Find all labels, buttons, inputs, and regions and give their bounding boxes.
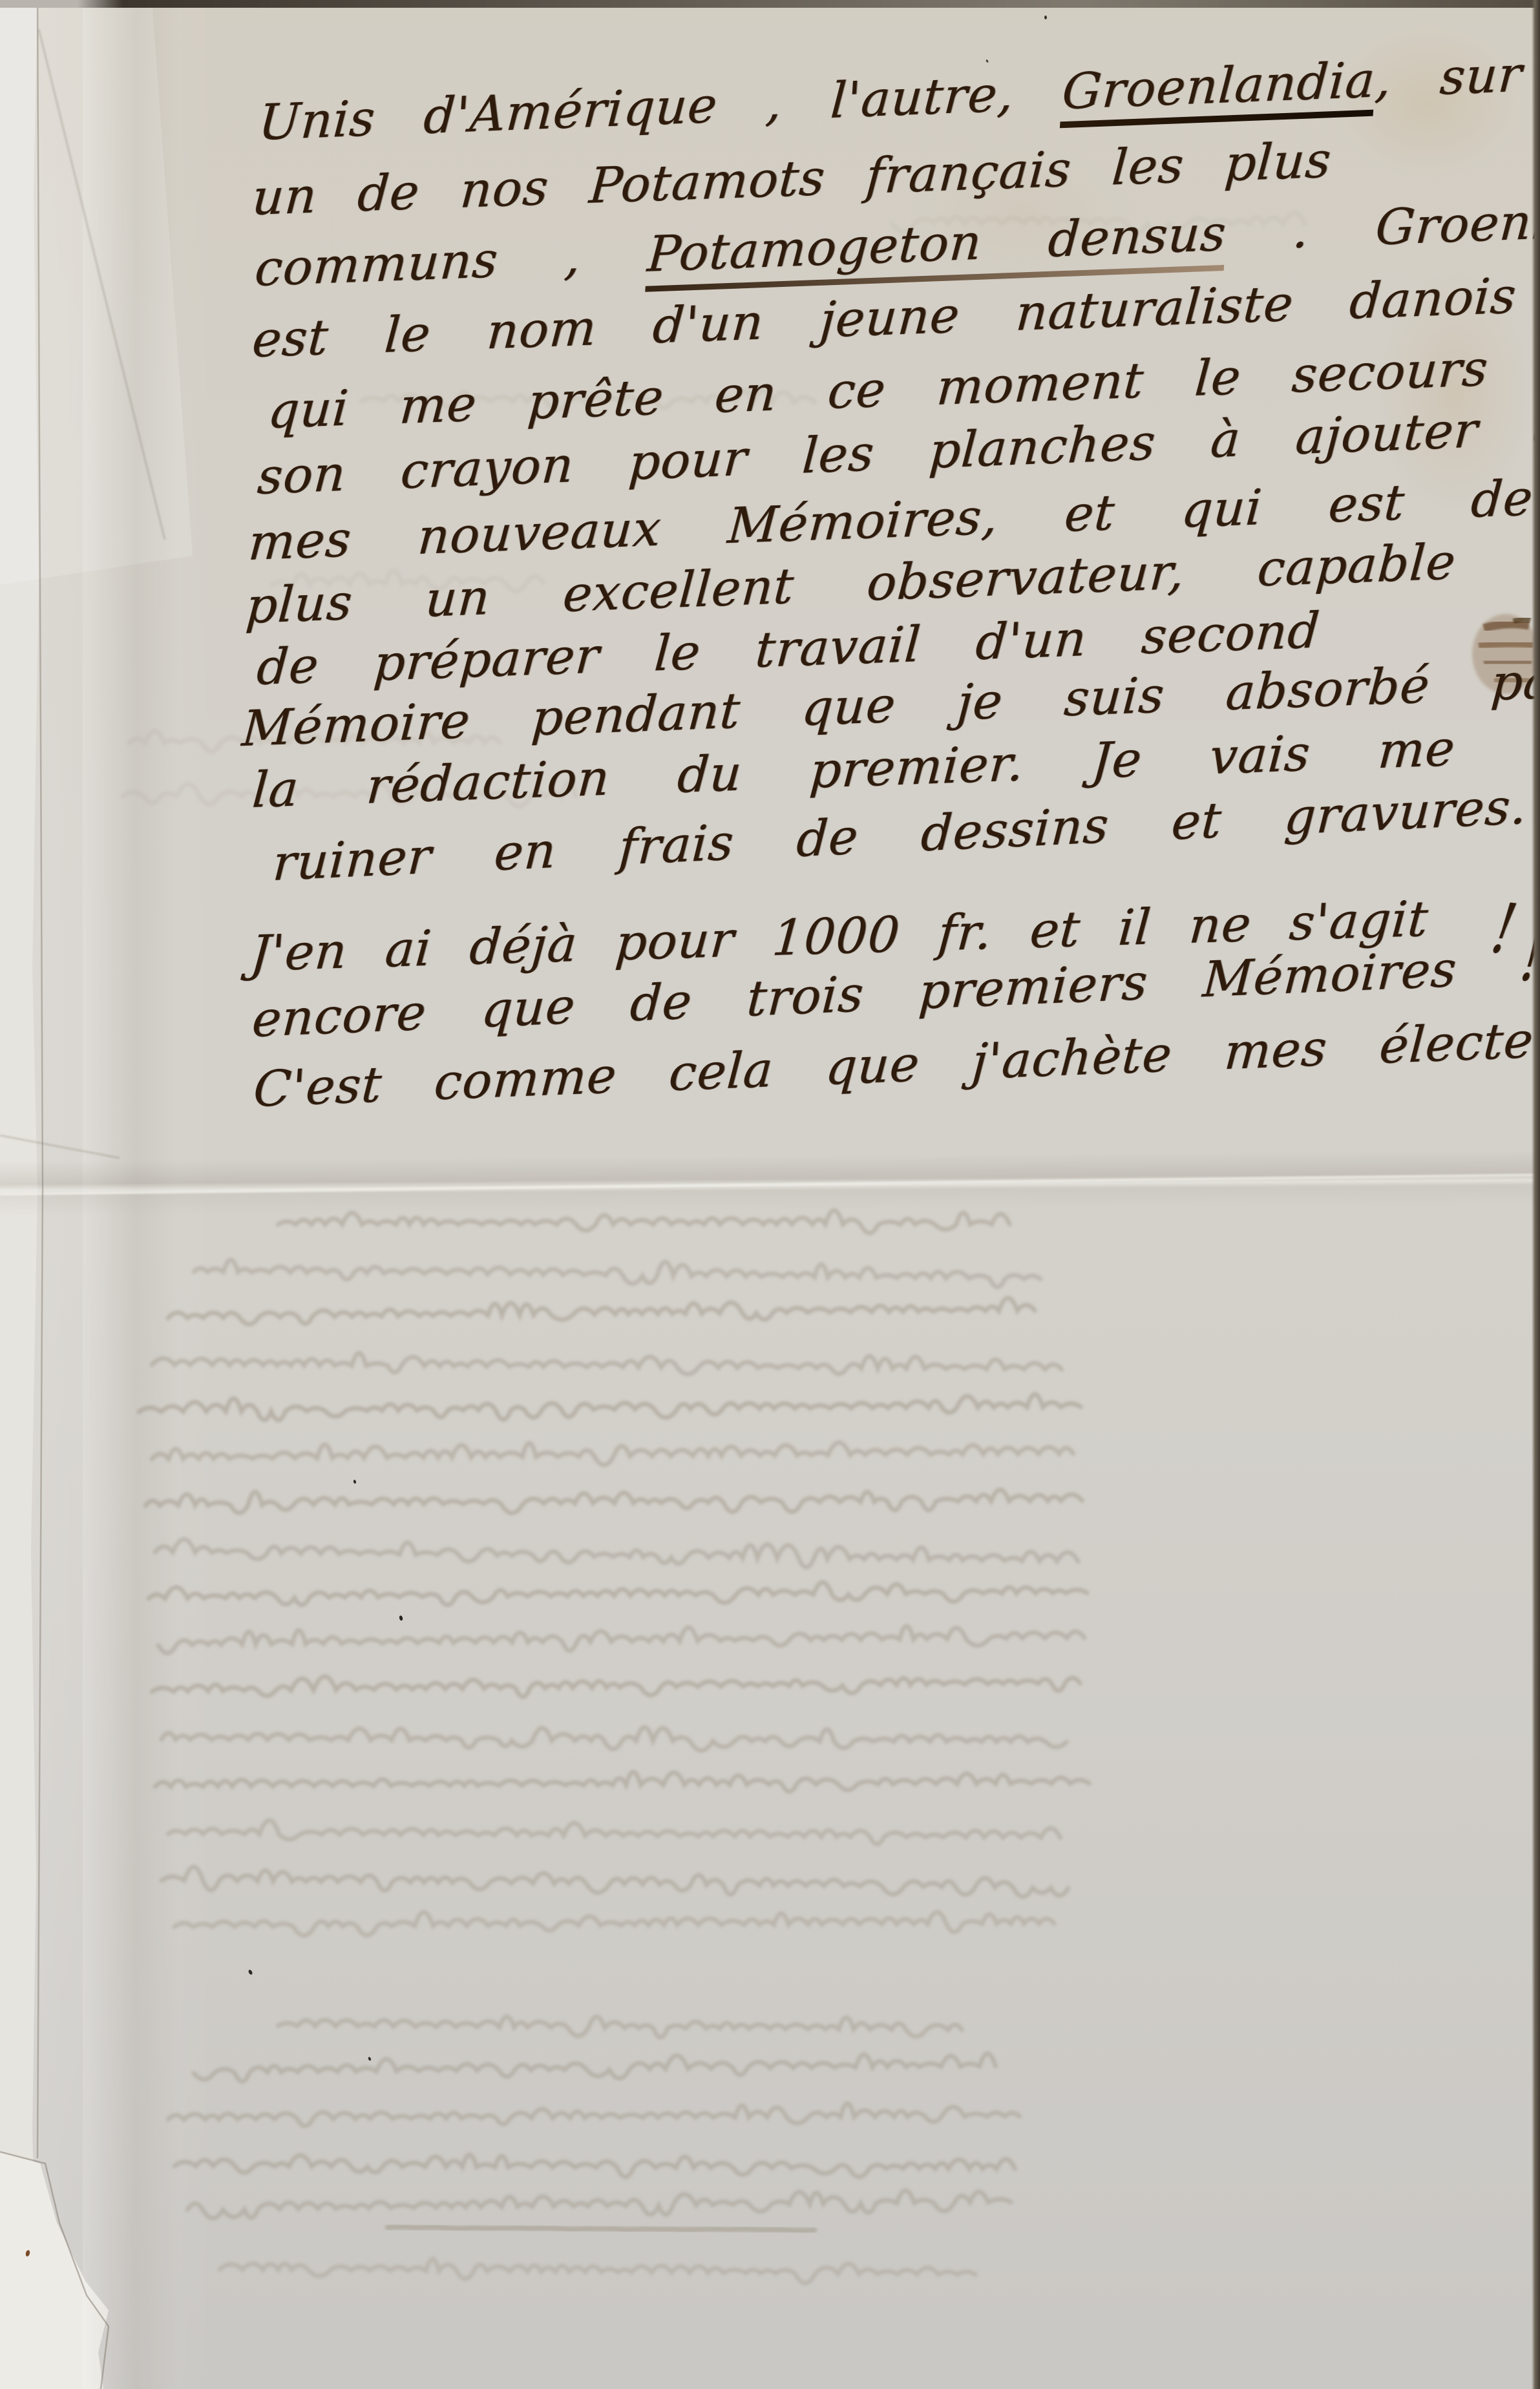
- ink-speck: [1044, 16, 1047, 19]
- bleedthrough-line: [149, 1581, 1088, 1607]
- bleedthrough-line: [139, 1394, 1081, 1422]
- underlined-species-name: Potamogeton densus: [645, 204, 1228, 292]
- manuscript-words: , sur: [1373, 45, 1524, 109]
- bleedthrough-line: [152, 1670, 1081, 1701]
- ink-speck: [399, 1615, 403, 1621]
- bleedthrough-line: [152, 1440, 1073, 1468]
- bleedthrough-line: [278, 2014, 962, 2039]
- photo-edge-top: [0, 0, 1540, 8]
- bleedthrough-line: [168, 1820, 1060, 1845]
- manuscript-line: Unis d'Amérique , l'autre, Groenlandia, …: [257, 50, 1524, 147]
- bleedthrough-line: [174, 1910, 1054, 1936]
- ink-speck: [986, 59, 989, 63]
- bleedthrough-line: [220, 2257, 976, 2284]
- manuscript-words: communs ,: [253, 225, 650, 297]
- bleedthrough-line: [168, 2103, 1020, 2127]
- bleedthrough-line: [155, 1771, 1090, 1794]
- horizontal-fold-crease: [0, 1150, 1540, 1217]
- bleedthrough-line: [145, 1488, 1082, 1515]
- bleedthrough-line: [187, 2189, 1011, 2219]
- ink-speck: [368, 2056, 372, 2061]
- bleedthrough-line: [158, 1624, 1084, 1654]
- bleedthrough-line: [168, 1298, 1035, 1325]
- ink-speck: [248, 1969, 253, 1975]
- photo-edge-right: [1532, 0, 1540, 2389]
- manuscript-words: . Groenland: [1224, 189, 1540, 262]
- bleedthrough-line: [194, 2053, 996, 2082]
- manuscript-words: Unis d'Amérique , l'autre,: [257, 63, 1064, 151]
- underlined-species-name: Groenlandia: [1060, 50, 1377, 128]
- ink-speck: [353, 1480, 357, 1484]
- bleedthrough-line: [388, 2227, 814, 2231]
- bleedthrough-line: [162, 1866, 1068, 1897]
- bleedthrough-line: [162, 1726, 1066, 1751]
- bleedthrough-line: [155, 1538, 1079, 1570]
- letter-photo: Unis d'Amérique , l'autre, Groenlandia, …: [0, 0, 1540, 2389]
- bleedthrough-line: [174, 2154, 1015, 2178]
- bleedthrough-line: [152, 1352, 1062, 1376]
- bleedthrough-line: [194, 1258, 1040, 1287]
